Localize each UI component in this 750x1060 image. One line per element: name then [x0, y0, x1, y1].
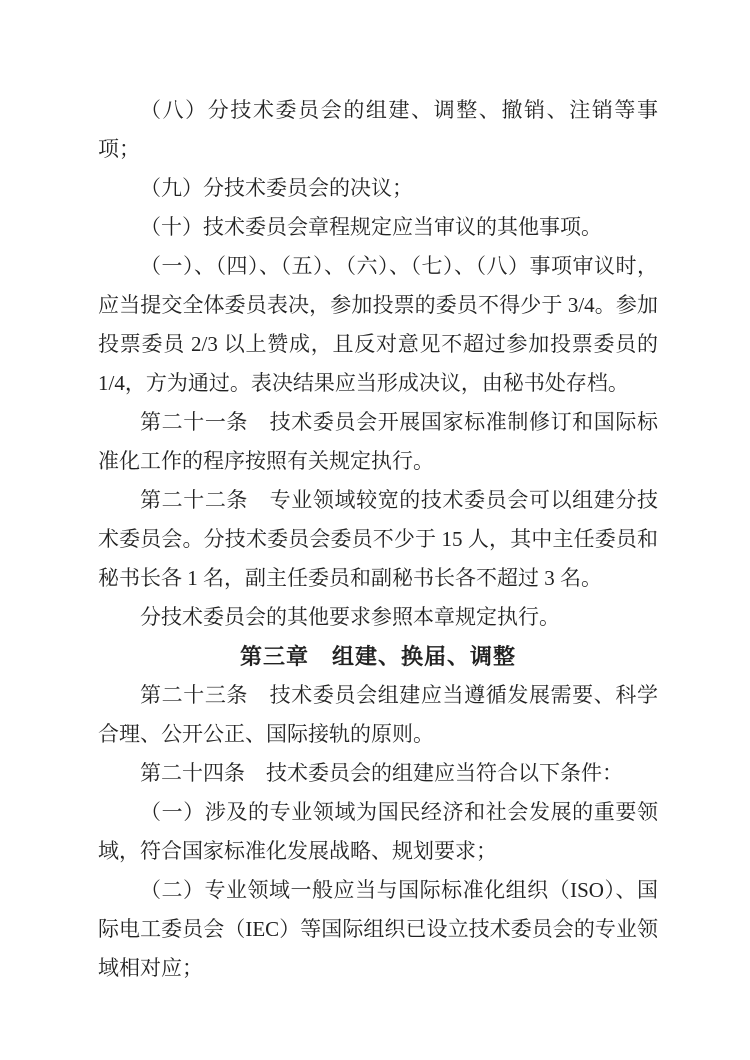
article-23-paragraph: 第二十三条 技术委员会组建应当遵循发展需要、科学合理、公开公正、国际接轨的原则。	[98, 676, 658, 754]
article-21-paragraph: 第二十一条 技术委员会开展国家标准制修订和国际标准化工作的程序按照有关规定执行。	[98, 403, 658, 481]
clause-item-9: （九）分技术委员会的决议；	[98, 169, 658, 208]
voting-rules-paragraph: （一）、（四）、（五）、（六）、（七）、（八）事项审议时，应当提交全体委员表决，…	[98, 247, 658, 403]
clause-item-8: （八）分技术委员会的组建、调整、撤销、注销等事项；	[98, 91, 658, 169]
document-page: （八）分技术委员会的组建、调整、撤销、注销等事项； （九）分技术委员会的决议； …	[98, 91, 658, 988]
condition-item-2: （二）专业领域一般应当与国际标准化组织（ISO）、国际电工委员会（IEC）等国际…	[98, 871, 658, 988]
subcommittee-note-paragraph: 分技术委员会的其他要求参照本章规定执行。	[98, 598, 658, 637]
chapter-3-heading: 第三章 组建、换届、调整	[98, 637, 658, 676]
clause-item-10: （十）技术委员会章程规定应当审议的其他事项。	[98, 208, 658, 247]
article-24-paragraph: 第二十四条 技术委员会的组建应当符合以下条件：	[98, 754, 658, 793]
article-22-paragraph: 第二十二条 专业领域较宽的技术委员会可以组建分技术委员会。分技术委员会委员不少于…	[98, 481, 658, 598]
condition-item-1: （一）涉及的专业领域为国民经济和社会发展的重要领域，符合国家标准化发展战略、规划…	[98, 793, 658, 871]
